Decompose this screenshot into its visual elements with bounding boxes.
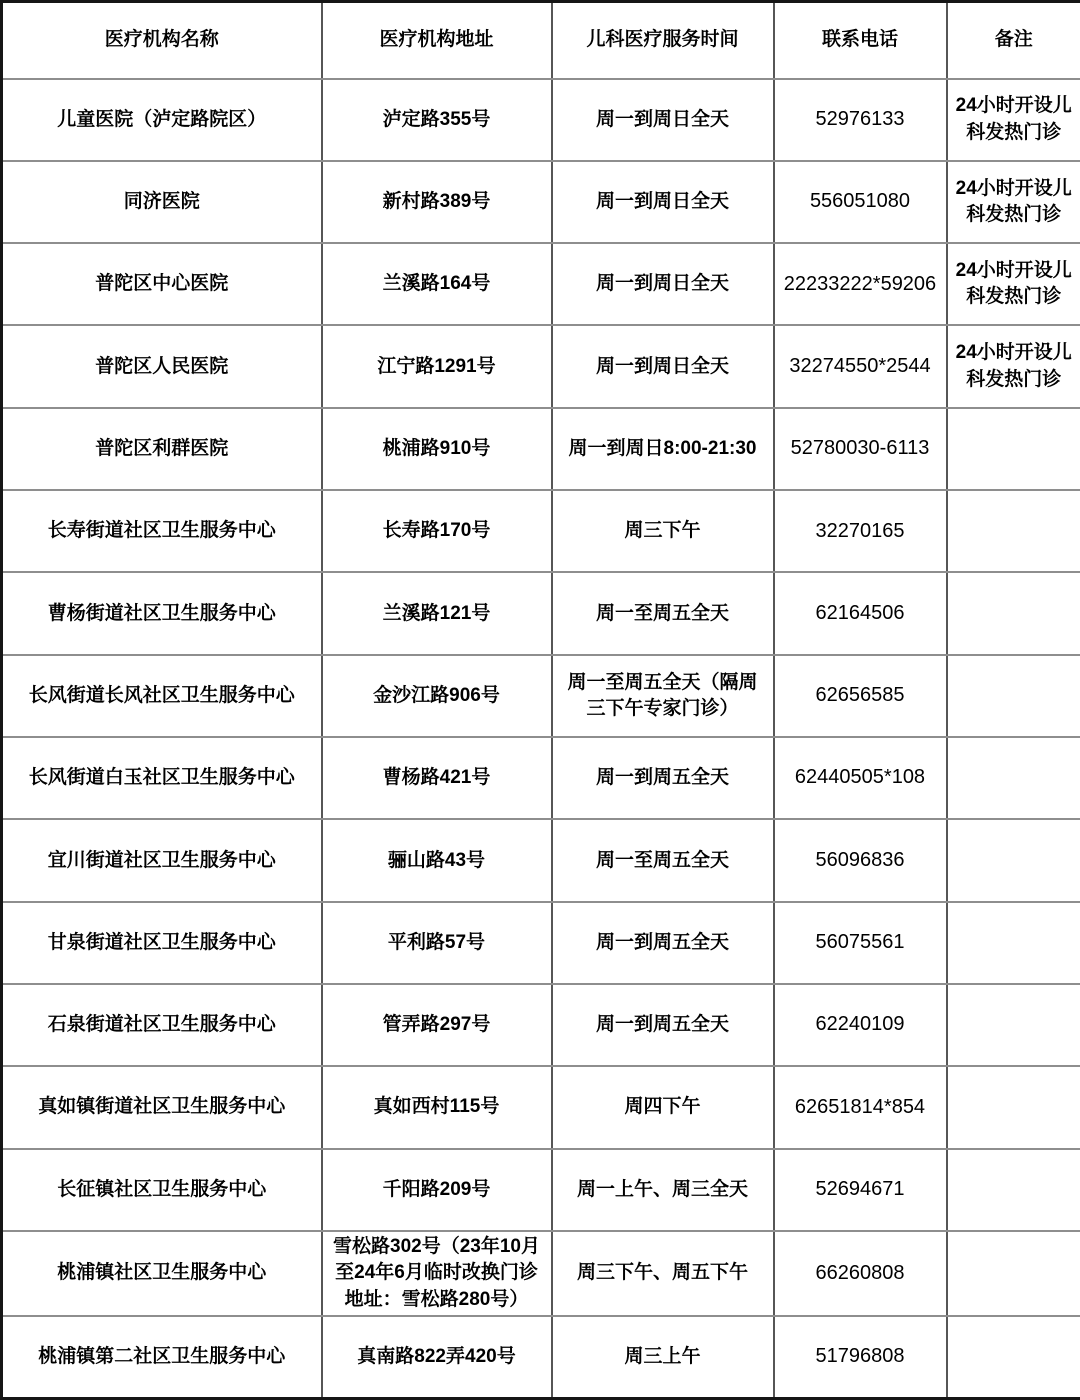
cell-hours: 周一到周五全天	[552, 902, 774, 984]
cell-name: 真如镇街道社区卫生服务中心	[2, 1066, 322, 1148]
column-header-name: 医疗机构名称	[2, 2, 322, 79]
cell-phone: 62164506	[774, 572, 947, 654]
cell-remark	[947, 902, 1080, 984]
cell-remark: 24小时开设儿科发热门诊	[947, 243, 1080, 325]
table-row: 宜川街道社区卫生服务中心 骊山路43号 周一至周五全天 56096836	[2, 819, 1080, 901]
cell-name: 普陀区人民医院	[2, 325, 322, 407]
cell-phone: 62656585	[774, 655, 947, 737]
table-row: 石泉街道社区卫生服务中心 管弄路297号 周一到周五全天 62240109	[2, 984, 1080, 1066]
cell-hours: 周一到周五全天	[552, 984, 774, 1066]
cell-hours: 周一到周五全天	[552, 737, 774, 819]
cell-remark	[947, 655, 1080, 737]
cell-phone: 52694671	[774, 1149, 947, 1231]
cell-phone: 62240109	[774, 984, 947, 1066]
cell-address: 泸定路355号	[322, 79, 552, 161]
cell-hours: 周一至周五全天	[552, 819, 774, 901]
cell-remark	[947, 737, 1080, 819]
column-header-phone: 联系电话	[774, 2, 947, 79]
cell-hours: 周一到周日全天	[552, 79, 774, 161]
cell-address: 真如西村115号	[322, 1066, 552, 1148]
cell-hours: 周四下午	[552, 1066, 774, 1148]
cell-remark	[947, 572, 1080, 654]
cell-name: 桃浦镇第二社区卫生服务中心	[2, 1316, 322, 1398]
cell-hours: 周三下午	[552, 490, 774, 572]
table-row: 儿童医院（泸定路院区） 泸定路355号 周一到周日全天 52976133 24小…	[2, 79, 1080, 161]
cell-phone: 62651814*854	[774, 1066, 947, 1148]
hospital-table: 医疗机构名称 医疗机构地址 儿科医疗服务时间 联系电话 备注 儿童医院（泸定路院…	[0, 0, 1080, 1400]
cell-phone: 22233222*59206	[774, 243, 947, 325]
cell-hours: 周一到周日全天	[552, 161, 774, 243]
cell-phone: 51796808	[774, 1316, 947, 1398]
cell-address: 千阳路209号	[322, 1149, 552, 1231]
cell-hours: 周三下午、周五下午	[552, 1231, 774, 1316]
cell-remark	[947, 1066, 1080, 1148]
cell-name: 长寿街道社区卫生服务中心	[2, 490, 322, 572]
table-row: 甘泉街道社区卫生服务中心 平利路57号 周一到周五全天 56075561	[2, 902, 1080, 984]
cell-remark	[947, 819, 1080, 901]
cell-phone: 32270165	[774, 490, 947, 572]
table-row: 桃浦镇社区卫生服务中心 雪松路302号（23年10月至24年6月临时改换门诊地址…	[2, 1231, 1080, 1316]
column-header-hours: 儿科医疗服务时间	[552, 2, 774, 79]
cell-hours: 周一至周五全天	[552, 572, 774, 654]
cell-phone: 62440505*108	[774, 737, 947, 819]
table-row: 长寿街道社区卫生服务中心 长寿路170号 周三下午 32270165	[2, 490, 1080, 572]
cell-phone: 32274550*2544	[774, 325, 947, 407]
cell-address: 桃浦路910号	[322, 408, 552, 490]
cell-remark: 24小时开设儿科发热门诊	[947, 161, 1080, 243]
cell-name: 石泉街道社区卫生服务中心	[2, 984, 322, 1066]
cell-phone: 556051080	[774, 161, 947, 243]
table-row: 曹杨街道社区卫生服务中心 兰溪路121号 周一至周五全天 62164506	[2, 572, 1080, 654]
cell-remark	[947, 1231, 1080, 1316]
cell-address: 雪松路302号（23年10月至24年6月临时改换门诊地址：雪松路280号）	[322, 1231, 552, 1316]
cell-hours: 周一至周五全天（隔周三下午专家门诊）	[552, 655, 774, 737]
cell-address: 兰溪路121号	[322, 572, 552, 654]
cell-address: 平利路57号	[322, 902, 552, 984]
cell-remark	[947, 408, 1080, 490]
table-row: 桃浦镇第二社区卫生服务中心 真南路822弄420号 周三上午 51796808	[2, 1316, 1080, 1398]
cell-hours: 周三上午	[552, 1316, 774, 1398]
cell-address: 兰溪路164号	[322, 243, 552, 325]
cell-address: 骊山路43号	[322, 819, 552, 901]
cell-remark	[947, 490, 1080, 572]
column-header-remark: 备注	[947, 2, 1080, 79]
table-row: 长风街道白玉社区卫生服务中心 曹杨路421号 周一到周五全天 62440505*…	[2, 737, 1080, 819]
cell-address: 管弄路297号	[322, 984, 552, 1066]
cell-name: 普陀区利群医院	[2, 408, 322, 490]
cell-phone: 56075561	[774, 902, 947, 984]
cell-address: 新村路389号	[322, 161, 552, 243]
cell-remark	[947, 984, 1080, 1066]
cell-name: 长风街道长风社区卫生服务中心	[2, 655, 322, 737]
cell-name: 桃浦镇社区卫生服务中心	[2, 1231, 322, 1316]
cell-remark	[947, 1316, 1080, 1398]
cell-name: 甘泉街道社区卫生服务中心	[2, 902, 322, 984]
cell-address: 金沙江路906号	[322, 655, 552, 737]
cell-remark: 24小时开设儿科发热门诊	[947, 79, 1080, 161]
table-row: 普陀区利群医院 桃浦路910号 周一到周日8:00-21:30 52780030…	[2, 408, 1080, 490]
table-row: 普陀区人民医院 江宁路1291号 周一到周日全天 32274550*2544 2…	[2, 325, 1080, 407]
cell-address: 江宁路1291号	[322, 325, 552, 407]
table-row: 长征镇社区卫生服务中心 千阳路209号 周一上午、周三全天 52694671	[2, 1149, 1080, 1231]
cell-hours: 周一到周日8:00-21:30	[552, 408, 774, 490]
cell-address: 真南路822弄420号	[322, 1316, 552, 1398]
table-row: 真如镇街道社区卫生服务中心 真如西村115号 周四下午 62651814*854	[2, 1066, 1080, 1148]
cell-hours: 周一到周日全天	[552, 325, 774, 407]
cell-hours: 周一上午、周三全天	[552, 1149, 774, 1231]
cell-name: 长征镇社区卫生服务中心	[2, 1149, 322, 1231]
cell-name: 同济医院	[2, 161, 322, 243]
cell-phone: 66260808	[774, 1231, 947, 1316]
cell-name: 曹杨街道社区卫生服务中心	[2, 572, 322, 654]
cell-hours: 周一到周日全天	[552, 243, 774, 325]
header-row: 医疗机构名称 医疗机构地址 儿科医疗服务时间 联系电话 备注	[2, 2, 1080, 79]
column-header-address: 医疗机构地址	[322, 2, 552, 79]
cell-phone: 52780030-6113	[774, 408, 947, 490]
cell-phone: 52976133	[774, 79, 947, 161]
cell-remark: 24小时开设儿科发热门诊	[947, 325, 1080, 407]
cell-phone: 56096836	[774, 819, 947, 901]
table-row: 长风街道长风社区卫生服务中心 金沙江路906号 周一至周五全天（隔周三下午专家门…	[2, 655, 1080, 737]
cell-address: 长寿路170号	[322, 490, 552, 572]
cell-remark	[947, 1149, 1080, 1231]
cell-name: 普陀区中心医院	[2, 243, 322, 325]
cell-name: 宜川街道社区卫生服务中心	[2, 819, 322, 901]
cell-name: 儿童医院（泸定路院区）	[2, 79, 322, 161]
table-row: 同济医院 新村路389号 周一到周日全天 556051080 24小时开设儿科发…	[2, 161, 1080, 243]
table-row: 普陀区中心医院 兰溪路164号 周一到周日全天 22233222*59206 2…	[2, 243, 1080, 325]
cell-name: 长风街道白玉社区卫生服务中心	[2, 737, 322, 819]
cell-address: 曹杨路421号	[322, 737, 552, 819]
